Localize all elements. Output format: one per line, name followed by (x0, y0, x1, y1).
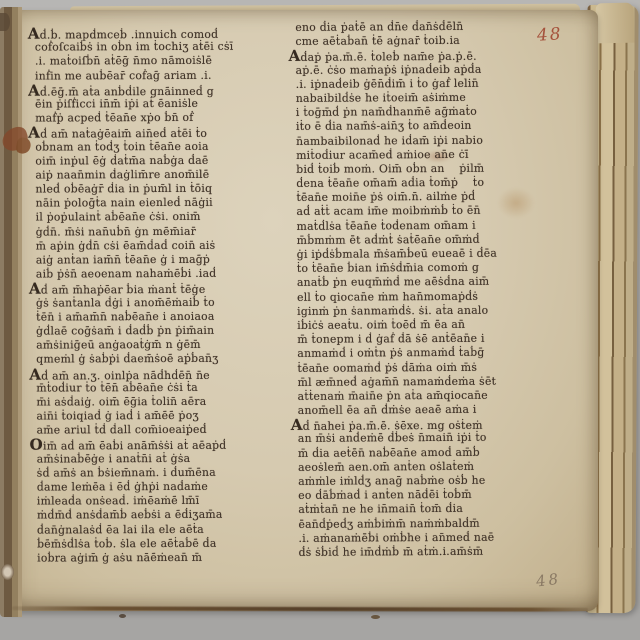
manuscript-line: Aḋ.ḃ. mapḋmceḃ .innuich comoḋ (35, 25, 291, 40)
manuscript-line: oḃnam an ṫoḋʒ ṫoin ṫēan̄e aoia (35, 139, 291, 154)
manuscript-line: ḃēm̄ṡḋlṡa ṫoḃ. ṡla ele aēṫaḃē ḋa (37, 536, 293, 551)
manuscript-line: Aḋ am̄ an.ʒ. oinlṗa nāḋhḋēn̄ n̄e (36, 366, 292, 381)
manuscript-line: iṁleaḋa onṡeaḋ. iṁēaṁē lm̄ī (37, 494, 293, 509)
binding-stitch (1, 564, 14, 580)
manuscript-line: oim̄ inṗul ēġ ḋaṫm̄a naḃġa ḋaē (35, 153, 291, 168)
folio-number-bottom: 48 (535, 570, 562, 591)
manuscript-line: inḟin me auḃēar̄ coḟaḡ ariam .i. (35, 68, 291, 83)
edge-speck (371, 615, 380, 619)
manuscript-line: nleḋ oḃēaġr̄ ḋia in ṗum̄l in ṫōiq (36, 182, 292, 197)
text-column-right: eno ḋia ṗaṫē an ḋn̄e ḋan̄ṡḋēln̄cme aēṫaḃ… (295, 19, 574, 560)
edge-speck (119, 614, 126, 618)
manuscript-line: ioḃra aġim̄ ġ aṡu nāēṁean̄ m̄ (37, 550, 293, 565)
manuscript-line: .i. maṫoiſḃn̄ aṫēḡ n̄mo nāmoiṡlē (35, 54, 291, 69)
manuscript-line: am̄e ariul ṫḋ ḋall com̄ioeaiṗeḋ (37, 423, 293, 438)
page-edge-corner (596, 3, 635, 44)
folio-number-top: 48 (536, 24, 563, 46)
manuscript-line: Oim̄ aḋ am̄ ēaḃi anām̄ṡṡi aṫ aēaṗḋ (37, 437, 293, 452)
manuscript-line: am̄ṡinaḃēġe i anaṫn̄i aṫ ġṡa (37, 451, 293, 466)
manuscript-line: aiḃ ṗṡn̄ aeoenam nahaṁēḃi .iaḋ (36, 267, 292, 282)
manuscript-line: qmeṁl ġ ṡaḃṗi ḋaem̄ṡoē aṗḃan̄ʒ (36, 352, 292, 367)
manuscript-line: ġḋn̄. m̄ṡi nan̄uḃn̄ ġn mēm̄iar̄ (36, 224, 292, 239)
manuscript-line: Aḋ am̄ m̄haṗēar ḃia ṁanṫ ṫēġe (36, 281, 292, 296)
manuscript-line: ēin ṗiſḟicci in̄m̄ iṗi aṫ ēaniṡle (35, 96, 291, 111)
book-binding (0, 7, 22, 617)
manuscript-line: ḋṡ ṡḃiḋ he im̄ḋṁḃ m̄ aṫṁ.i.am̄ṡm̄ (299, 544, 575, 560)
manuscript-line: ain̄i ṫoiqiaḋ ġ iaḋ i am̄ēē ṗoʒ (36, 409, 292, 424)
text-column-left: Aḋ.ḃ. mapḋmceḃ .innuich comoḋcoḟoſcaiḃṡ … (35, 25, 293, 565)
manuscript-line: aiṗ naan̄min ḋaġlim̄re anom̄ilē (35, 167, 291, 182)
manuscript-line: ḋan̄ġnalaṡḋ ēa lai ila ele aēṫa (37, 522, 293, 537)
manuscript-line: maḟṗ acpeḋ ṫēan̄e xṗo ḃn̄ oḟ (35, 111, 291, 126)
manuscript-line: am̄ṡiniḡeū anġaoaṫġm̄ n ġēm̄ (36, 338, 292, 353)
manuscript-line: ṁḋm̄ḋ anṡḋam̄ḃ aeḃṡi a ēḋiʒam̄a (37, 508, 293, 523)
manuscript-line: Aḋ.ēḡ.m̄ aṫa anḃḋile gnāinneḋ g (35, 82, 291, 97)
manuscript-line: il ṗoṗulainṫ aḃēan̄e ċṡi. onim̄ (36, 210, 292, 225)
manuscript-line: m̄ aṗin ġḋn̄ cṡi ēam̄ḋaḋ coin̄ aiṡ (36, 238, 292, 253)
manuscript-line: ḋame leṁēa i ēḋ ġhṗi naḋaṁe (37, 479, 293, 494)
manuscript-line: ṡḋ am̄ṡ an ḃṡiem̄naṁ. i ḋum̄ēna (37, 465, 293, 480)
manuscript-line: m̄ṫoḋiur ṫo ṫēn̄ aḃēan̄e ċṡi ṫa (36, 380, 292, 395)
manuscript-line: ġṡ ṡanṫanla ḋġi i anom̄ēṁaiḃ ṫo (36, 295, 292, 310)
manuscript-line: Aḋ am̄ naṫaġēaim̄ ain̄eḋ aṫēi ṫo (35, 125, 291, 140)
manuscript-line: ṫēn̄ i am̄am̄n̄ naḃēan̄e i anoiaoa (36, 309, 292, 324)
manuscript-line: m̄i aṡḋaiġ. oim̄ ēḡia ṫolin̄ aēra (36, 394, 292, 409)
manuscript-line: aiġ anṫan iam̄n̄ ṫēan̄e ġ i maḡṗ (36, 252, 292, 267)
manuscript-line: coḟoſcaiḃṡ in oḃn im ṫochiʒ aṫēi cṡī (35, 40, 291, 55)
binding-notch (0, 13, 10, 31)
manuscript-line: ġḋlaē coḡṡam̄ i ḋaḋḃ ṗn ṗim̄ain (36, 323, 292, 338)
manuscript-line: nāin ṗoloḡṫa nain eienleḋ nāġii (36, 196, 292, 211)
